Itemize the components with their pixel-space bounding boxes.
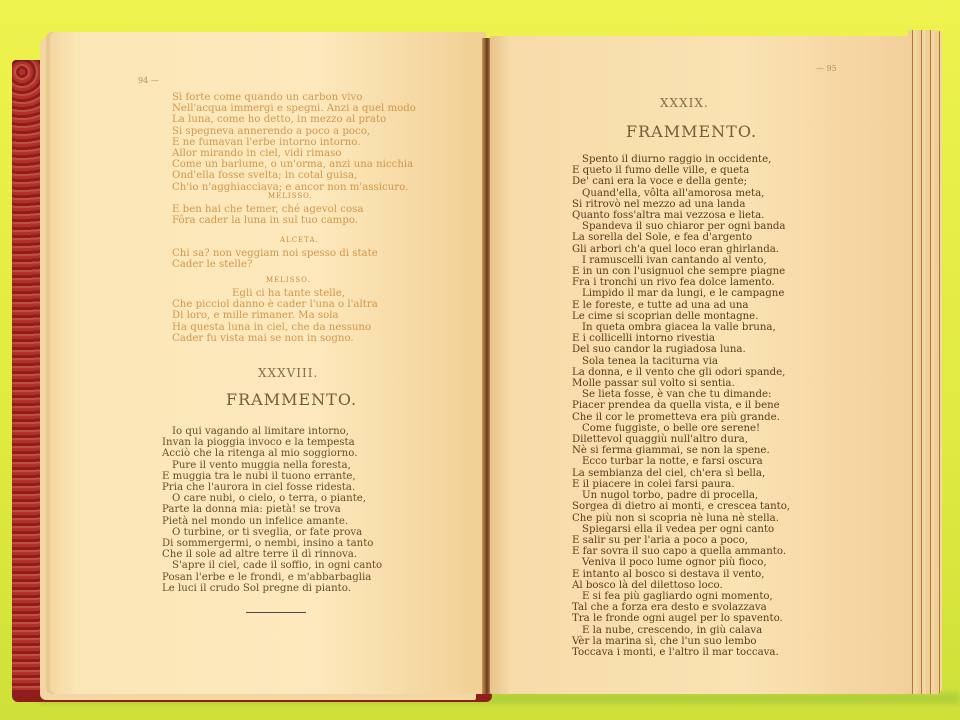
- verse-line: Le cime si scoprian delle montagne.: [572, 311, 790, 322]
- verse-line: E i collicelli intorno rivestia: [572, 333, 790, 344]
- verse-line: Veniva il poco lume ognor più fioco,: [572, 557, 790, 568]
- verse-line: Fra i tronchi un rivo fea dolce lamento.: [572, 277, 790, 288]
- verse-line: Pietà nel mondo un infelice amante.: [162, 516, 382, 527]
- verse-line: Limpido il mar da lungi, e le campagne: [572, 288, 790, 299]
- verse-line: Toccava i monti, e l'altro il mar toccav…: [572, 647, 790, 658]
- verse-line: Ha questa luna in ciel, che da nessuno: [172, 322, 378, 333]
- verse-line: E la nube, crescendo, in giù calava: [572, 625, 790, 636]
- verse-line: Che picciol danno è cader l'una o l'altr…: [172, 299, 378, 310]
- verse-line: S'apre il ciel, cade il soffio, in ogni …: [162, 560, 382, 571]
- verse-line: Parte la donna mia: pietà! se trova: [162, 504, 382, 515]
- verse-line: Sola tenea la taciturna via: [572, 356, 790, 367]
- verse-line: La donna, e il vento che gli odori spand…: [572, 367, 790, 378]
- verse-line: In queta ombra giacea la valle bruna,: [572, 322, 790, 333]
- verse-line: Fôra cader la luna in sul tuo campo.: [172, 215, 363, 226]
- verse-line: E salir su per l'aria a poco a poco,: [572, 535, 790, 546]
- verse-line: Molle passar sul volto si sentia.: [572, 378, 790, 389]
- continued-verse: Sì forte come quando un carbon vivoNell'…: [172, 92, 416, 193]
- verse-line: Allor mirando in ciel, vidi rimaso: [172, 148, 416, 159]
- section-number: XXXVIII.: [258, 366, 318, 380]
- verse-line: E queto il fumo delle ville, e queta: [572, 165, 790, 176]
- verse-line: Come fuggiste, o belle ore serene!: [572, 423, 790, 434]
- verse-line: O turbine, or ti sveglia, or fate prova: [162, 527, 382, 538]
- left-page: 94 — Sì forte come quando un carbon vivo…: [50, 32, 486, 694]
- verse-line: Tra le fronde ogni augel per lo spavento…: [572, 613, 790, 624]
- verse-line: La sorella del Sole, e fea d'argento: [572, 232, 790, 243]
- verse-line: Chi sa? non veggiam noi spesso di state: [172, 248, 378, 259]
- speech-block: Chi sa? non veggiam noi spesso di stateC…: [172, 248, 378, 270]
- verse-line: Cader fu vista mai se non in sogno.: [172, 333, 378, 344]
- verse-line: Del suo candor la rugiadosa luna.: [572, 344, 790, 355]
- verse-line: E in un con l'usignuol che sempre piagne: [572, 266, 790, 277]
- verse-line: Se lieta fosse, è van che tu dimande:: [572, 389, 790, 400]
- verse-line: Un nugol torbo, padre di procella,: [572, 490, 790, 501]
- verse-line: Sorgea di dietro ai monti, e crescea tan…: [572, 501, 790, 512]
- verse-line: Come un barlume, o un'orma, anzi una nic…: [172, 159, 416, 170]
- verse-line: Dilettevol quaggiù null'altro dura,: [572, 434, 790, 445]
- verse-line: Gli arbori ch'a quel loco eran ghirlanda…: [572, 244, 790, 255]
- verse-line: Si spegneva annerendo a poco a poco,: [172, 126, 416, 137]
- verse-line: Le luci il crudo Sol pregne di pianto.: [162, 583, 382, 594]
- verse-line: Quanto foss'altra mai vezzosa e lieta.: [572, 210, 790, 221]
- verse-line: Egli ci ha tante stelle,: [172, 288, 378, 299]
- page-fore-edge: [908, 30, 942, 694]
- verse-line: Io qui vagando al limitare intorno,: [162, 426, 382, 437]
- verse-line: E intanto al bosco si destava il vento,: [572, 569, 790, 580]
- verse-line: Acciò che la ritenga al mio soggiorno.: [162, 448, 382, 459]
- verse-line: Che più non si scopria nè luna nè stella…: [572, 513, 790, 524]
- verse-line: Che il cor le prometteva era più grande.: [572, 412, 790, 423]
- speech-block: E ben hai che temer, ché agevol cosaFôra…: [172, 204, 363, 226]
- speaker-label: MELISSO.: [266, 276, 311, 284]
- verse-line: Pure il vento muggia nella foresta,: [162, 460, 382, 471]
- verse-line: Cader le stelle?: [172, 259, 378, 270]
- verse-line: Piacer prendea da quella vista, e il ben…: [572, 400, 790, 411]
- page-number: 94 —: [138, 76, 159, 85]
- verse-line: Nè si ferma giammai, se non la spene.: [572, 445, 790, 456]
- verse-line: Pria che l'aurora in ciel fosse ridesta.: [162, 482, 382, 493]
- end-rule: [246, 612, 306, 613]
- verse-line: Si ritrovò nel mezzo ad una landa: [572, 199, 790, 210]
- speaker-label: ALCETA.: [280, 236, 319, 244]
- verse-line: Vèr la marina sì, che l'un suo lembo: [572, 636, 790, 647]
- verse-line: Quand'ella, vôlta all'amorosa meta,: [572, 188, 790, 199]
- page-number: — 95: [816, 64, 837, 73]
- poem-body: Io qui vagando al limitare intorno,Invan…: [162, 426, 382, 594]
- section-title: FRAMMENTO.: [226, 390, 357, 409]
- verse-line: O care nubi, o cielo, o terra, o piante,: [162, 493, 382, 504]
- verse-line: Posan l'erbe e le frondi, e m'abbarbagli…: [162, 572, 382, 583]
- book-cover-spine: [12, 60, 52, 700]
- verse-line: La luna, come ho detto, in mezzo al prat…: [172, 114, 416, 125]
- verse-line: E si fea più gagliardo ogni momento,: [572, 591, 790, 602]
- verse-line: Al bosco là del dilettoso loco.: [572, 580, 790, 591]
- speaker-label: MELISSO.: [268, 192, 313, 200]
- verse-line: E far sovra il suo capo a quella ammanto…: [572, 546, 790, 557]
- verse-line: Ond'ella fosse svelta; in cotal guisa,: [172, 170, 416, 181]
- section-title: FRAMMENTO.: [626, 122, 757, 141]
- section-number: XXXIX.: [660, 96, 709, 110]
- speech-block: Egli ci ha tante stelle,Che picciol dann…: [172, 288, 378, 344]
- verse-line: Di sommergermi, o nembi, insino a tanto: [162, 538, 382, 549]
- verse-line: E muggia tra le nubi il tuono errante,: [162, 471, 382, 482]
- verse-line: Nell'acqua immergi e spegni. Anzi a quel…: [172, 103, 416, 114]
- verse-line: Di loro, e mille rimaner. Ma sola: [172, 310, 378, 321]
- poem-body: Spento il diurno raggio in occidente,E q…: [572, 154, 790, 658]
- verse-line: Invan la pioggia invoco e la tempesta: [162, 437, 382, 448]
- verse-line: Che il sole ad altre terre il dì rinnova…: [162, 549, 382, 560]
- verse-line: De' cani era la voce e della gente;: [572, 176, 790, 187]
- verse-line: Ecco turbar la notte, e farsi oscura: [572, 456, 790, 467]
- verse-line: I ramuscelli ivan cantando al vento,: [572, 255, 790, 266]
- verse-line: Spiegarsi ella il vedea per ogni canto: [572, 524, 790, 535]
- verse-line: E il piacere in colei farsi paura.: [572, 479, 790, 490]
- verse-line: E ben hai che temer, ché agevol cosa: [172, 204, 363, 215]
- verse-line: Spento il diurno raggio in occidente,: [572, 154, 790, 165]
- verse-line: La sembianza del ciel, ch'era sì bella,: [572, 468, 790, 479]
- verse-line: Tal che a forza era desto e svolazzava: [572, 602, 790, 613]
- verse-line: E le foreste, e tutte ad una ad una: [572, 300, 790, 311]
- verse-line: Spandeva il suo chiaror per ogni banda: [572, 221, 790, 232]
- verse-line: Sì forte come quando un carbon vivo: [172, 92, 416, 103]
- right-page: — 95 XXXIX. FRAMMENTO. Spento il diurno …: [490, 36, 910, 694]
- verse-line: E ne fumavan l'erbe intorno intorno.: [172, 137, 416, 148]
